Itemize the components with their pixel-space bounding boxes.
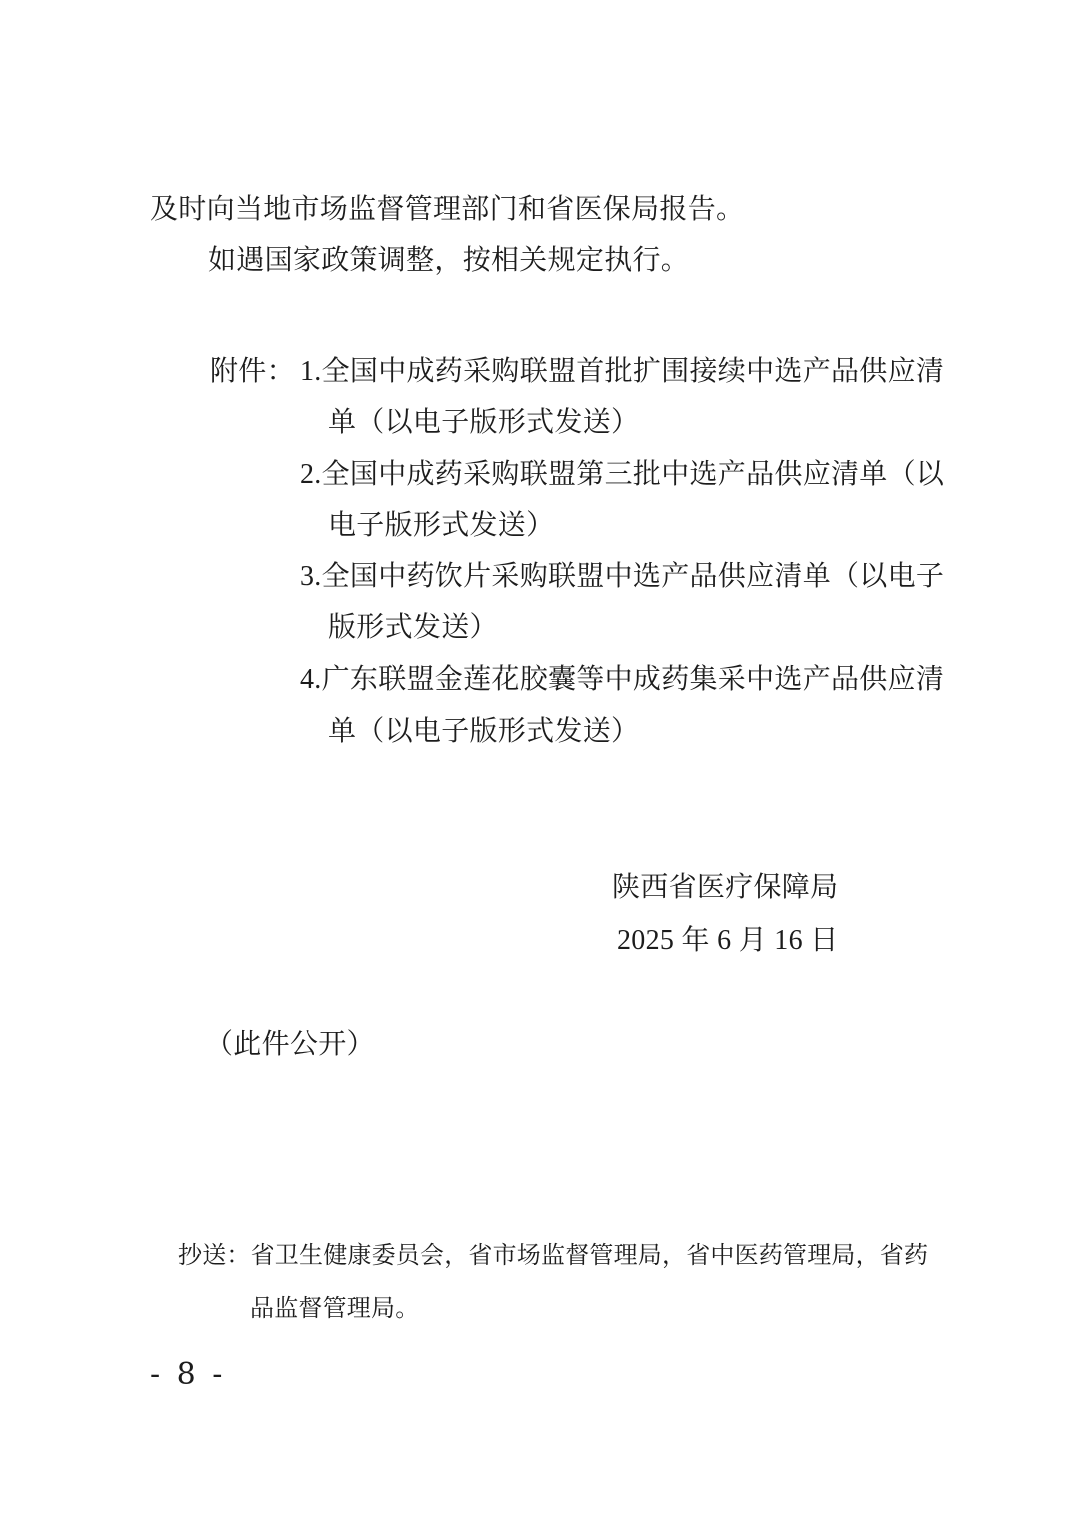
- attachment-item-1-line-1: 1.全国中成药采购联盟首批扩围接续中选产品供应清: [300, 355, 944, 389]
- attachment-item-3-line-2: 版形式发送）: [328, 611, 498, 645]
- body-paragraph-policy: 如遇国家政策调整，按相关规定执行。: [208, 244, 689, 278]
- disclosure-note: （此件公开）: [205, 1028, 375, 1062]
- attachment-item-4-line-1: 4.广东联盟金莲花胶囊等中成药集采中选产品供应清: [300, 663, 944, 697]
- attachments-label: 附件：: [210, 355, 295, 389]
- attachment-item-1-line-2: 单（以电子版形式发送）: [328, 406, 639, 440]
- attachment-item-3-line-1: 3.全国中药饮片采购联盟中选产品供应清单（以电子: [300, 560, 944, 594]
- signature-date: 2025 年 6 月 16 日: [617, 924, 839, 958]
- attachment-item-4-line-2: 单（以电子版形式发送）: [328, 715, 639, 749]
- body-paragraph-continuation: 及时向当地市场监督管理部门和省医保局报告。: [150, 193, 744, 227]
- attachment-item-2-line-2: 电子版形式发送）: [328, 509, 554, 543]
- attachment-item-2-line-1: 2.全国中成药采购联盟第三批中选产品供应清单（以: [300, 458, 944, 492]
- document-page: 及时向当地市场监督管理部门和省医保局报告。 如遇国家政策调整，按相关规定执行。 …: [0, 0, 1074, 1520]
- signature-organization: 陕西省医疗保障局: [612, 871, 838, 905]
- page-number: - 8 -: [150, 1358, 223, 1392]
- cc-line-1: 抄送：省卫生健康委员会，省市场监督管理局，省中医药管理局，省药: [178, 1241, 928, 1271]
- cc-line-2: 品监督管理局。: [250, 1294, 419, 1324]
